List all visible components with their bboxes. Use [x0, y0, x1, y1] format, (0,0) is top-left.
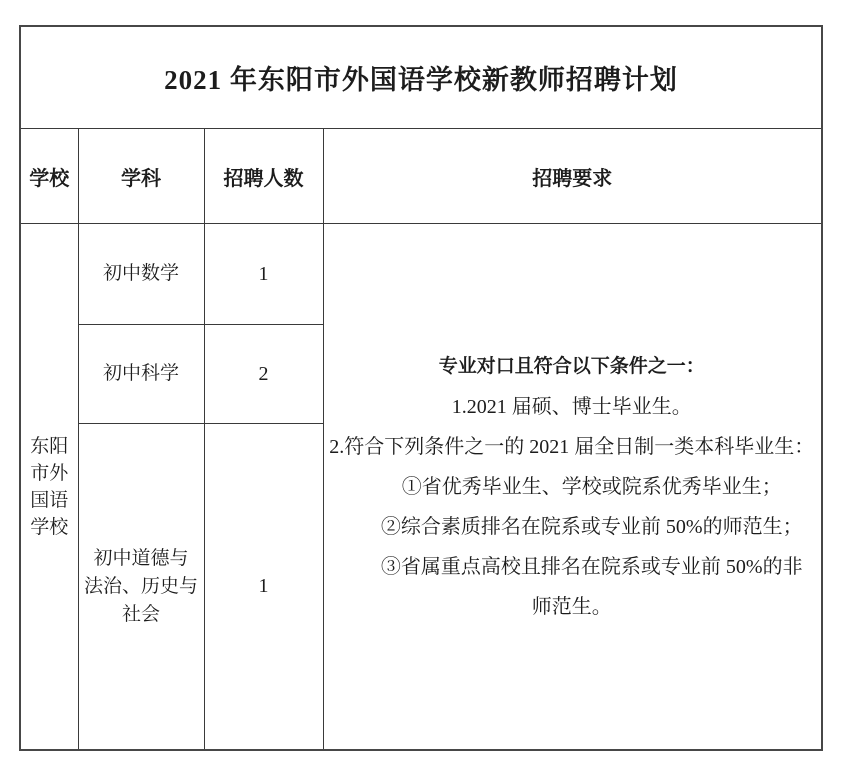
header-row: 学校 学科 招聘人数 招聘要求: [20, 129, 822, 224]
subject-cell-math: 初中数学: [78, 224, 204, 325]
count-cell-math: 1: [204, 224, 323, 325]
document-page: 2021 年东阳市外国语学校新教师招聘计划 学校 学科 招聘人数 招聘要求 东阳…: [0, 0, 841, 765]
column-header-requirements: 招聘要求: [323, 129, 822, 224]
requirement-item-1: 1.2021 届硕、博士毕业生。: [327, 387, 818, 427]
requirements-cell: 专业对口且符合以下条件之一： 1.2021 届硕、博士毕业生。 2.符合下列条件…: [323, 224, 822, 751]
subject-cell-morality: 初中道德与 法治、历史与 社会: [78, 424, 204, 751]
requirement-item-2: 2.符合下列条件之一的 2021 届全日制一类本科毕业生：: [327, 427, 818, 467]
school-name-cell: 东阳 市外 国语 学校: [20, 224, 78, 751]
subject-cell-science: 初中科学: [78, 325, 204, 424]
title-row: 2021 年东阳市外国语学校新教师招聘计划: [20, 26, 822, 129]
requirements-intro: 专业对口且符合以下条件之一：: [327, 347, 818, 387]
recruitment-plan-table: 2021 年东阳市外国语学校新教师招聘计划 学校 学科 招聘人数 招聘要求 东阳…: [19, 25, 823, 751]
requirements-text-block: 专业对口且符合以下条件之一： 1.2021 届硕、博士毕业生。 2.符合下列条件…: [324, 347, 822, 627]
count-cell-science: 2: [204, 325, 323, 424]
requirement-subitem-2: ②综合素质排名在院系或专业前 50%的师范生；: [327, 507, 818, 547]
requirement-subitem-1: ①省优秀毕业生、学校或院系优秀毕业生；: [327, 467, 818, 507]
column-header-subject: 学科: [78, 129, 204, 224]
page-title: 2021 年东阳市外国语学校新教师招聘计划: [20, 26, 822, 129]
school-name: 东阳 市外 国语 学校: [21, 433, 78, 541]
column-header-count: 招聘人数: [204, 129, 323, 224]
column-header-school: 学校: [20, 129, 78, 224]
requirement-subitem-3: ③省属重点高校且排名在院系或专业前 50%的非 师范生。: [327, 547, 818, 627]
table-row-math: 东阳 市外 国语 学校 初中数学 1 专业对口且符合以下条件之一： 1.2021…: [20, 224, 822, 325]
count-cell-morality: 1: [204, 424, 323, 751]
